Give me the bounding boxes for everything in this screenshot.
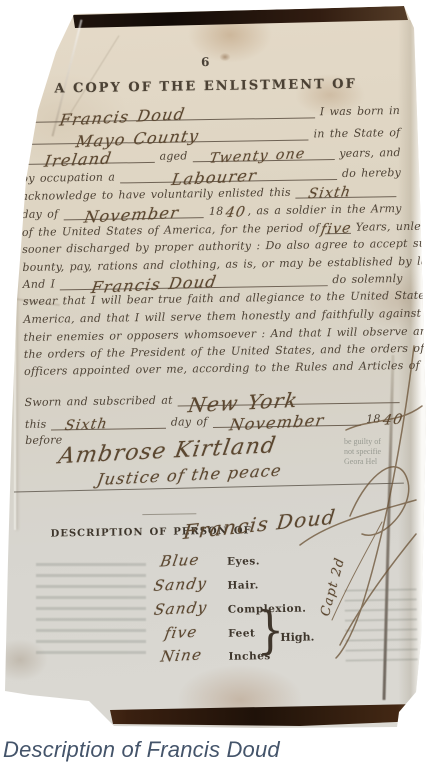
scanned-enlistment-document: be guilty of not specifie Geora Hel 6 A … (0, 0, 426, 730)
paper-page: be guilty of not specifie Geora Hel 6 A … (0, 0, 426, 730)
ink-flourish-scribbles (0, 0, 426, 730)
screenshot-root: be guilty of not specifie Geora Hel 6 A … (0, 0, 426, 774)
figure-caption: Description of Francis Doud (3, 737, 280, 763)
